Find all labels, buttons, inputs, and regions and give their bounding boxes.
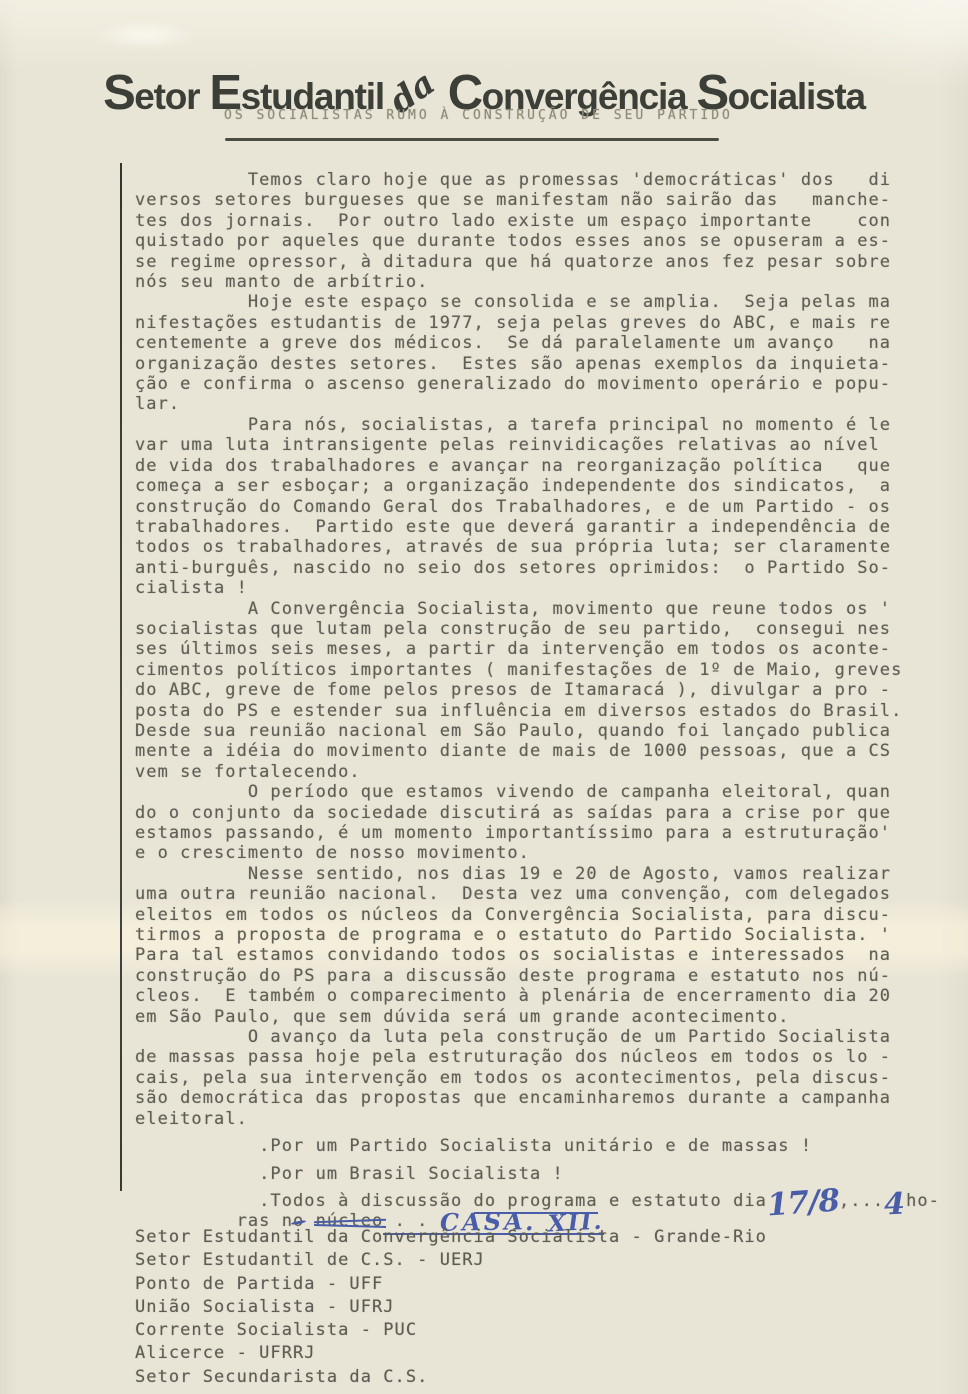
subtitle-underline <box>225 138 719 141</box>
paragraph-3: Para nós, socialistas, a tarefa principa… <box>135 415 940 599</box>
organization-item: Setor Estudantil de C.S. - UERJ <box>135 1249 767 1272</box>
organization-item: Alicerce - UFRRJ <box>135 1342 767 1365</box>
handwritten-date: 17/8 <box>767 1200 839 1205</box>
title-word-setor: Setor <box>103 76 199 117</box>
organization-item: Corrente Socialista - PUC <box>135 1319 767 1342</box>
organization-item: Setor Estudantil da Convergência Sociali… <box>135 1226 767 1249</box>
paragraph-2: Hoje este espaço se consolida e se ampli… <box>135 292 940 414</box>
slogan-bullet-1: .Por um Partido Socialista unitário e de… <box>135 1136 940 1156</box>
paragraph-4: A Convergência Socialista, movimento que… <box>135 599 940 783</box>
organization-item: Setor Secundarista da C.S. <box>135 1366 767 1389</box>
scanned-leaflet-page: SetorEstudantildaConvergênciaSocialista … <box>0 0 968 1394</box>
paragraph-5: O período que estamos vivendo de campanh… <box>135 782 940 864</box>
handwritten-room: XII. <box>548 1222 603 1225</box>
paragraph-7: O avanço da luta pela construção de um P… <box>135 1027 940 1129</box>
left-margin-line <box>120 163 122 1191</box>
slogan-bullet-2: .Por um Brasil Socialista ! <box>135 1164 940 1184</box>
document-subtitle: OS SOCIALISTAS RUMO À CONSTRUÇÃO DE SEU … <box>224 108 733 123</box>
body-text: Temos claro hoje que as promessas 'democ… <box>135 170 940 1232</box>
handwritten-time: 4 <box>884 1205 906 1206</box>
organization-item: União Socialista - UFRJ <box>135 1296 767 1319</box>
organization-item: Ponto de Partida - UFF <box>135 1273 767 1296</box>
organizations-list: Setor Estudantil da Convergência Sociali… <box>135 1226 767 1389</box>
handwritten-location: CASA <box>440 1222 526 1223</box>
paragraph-1: Temos claro hoje que as promessas 'democ… <box>135 170 940 292</box>
paragraph-6: Nesse sentido, nos dias 19 e 20 de Agost… <box>135 864 940 1027</box>
